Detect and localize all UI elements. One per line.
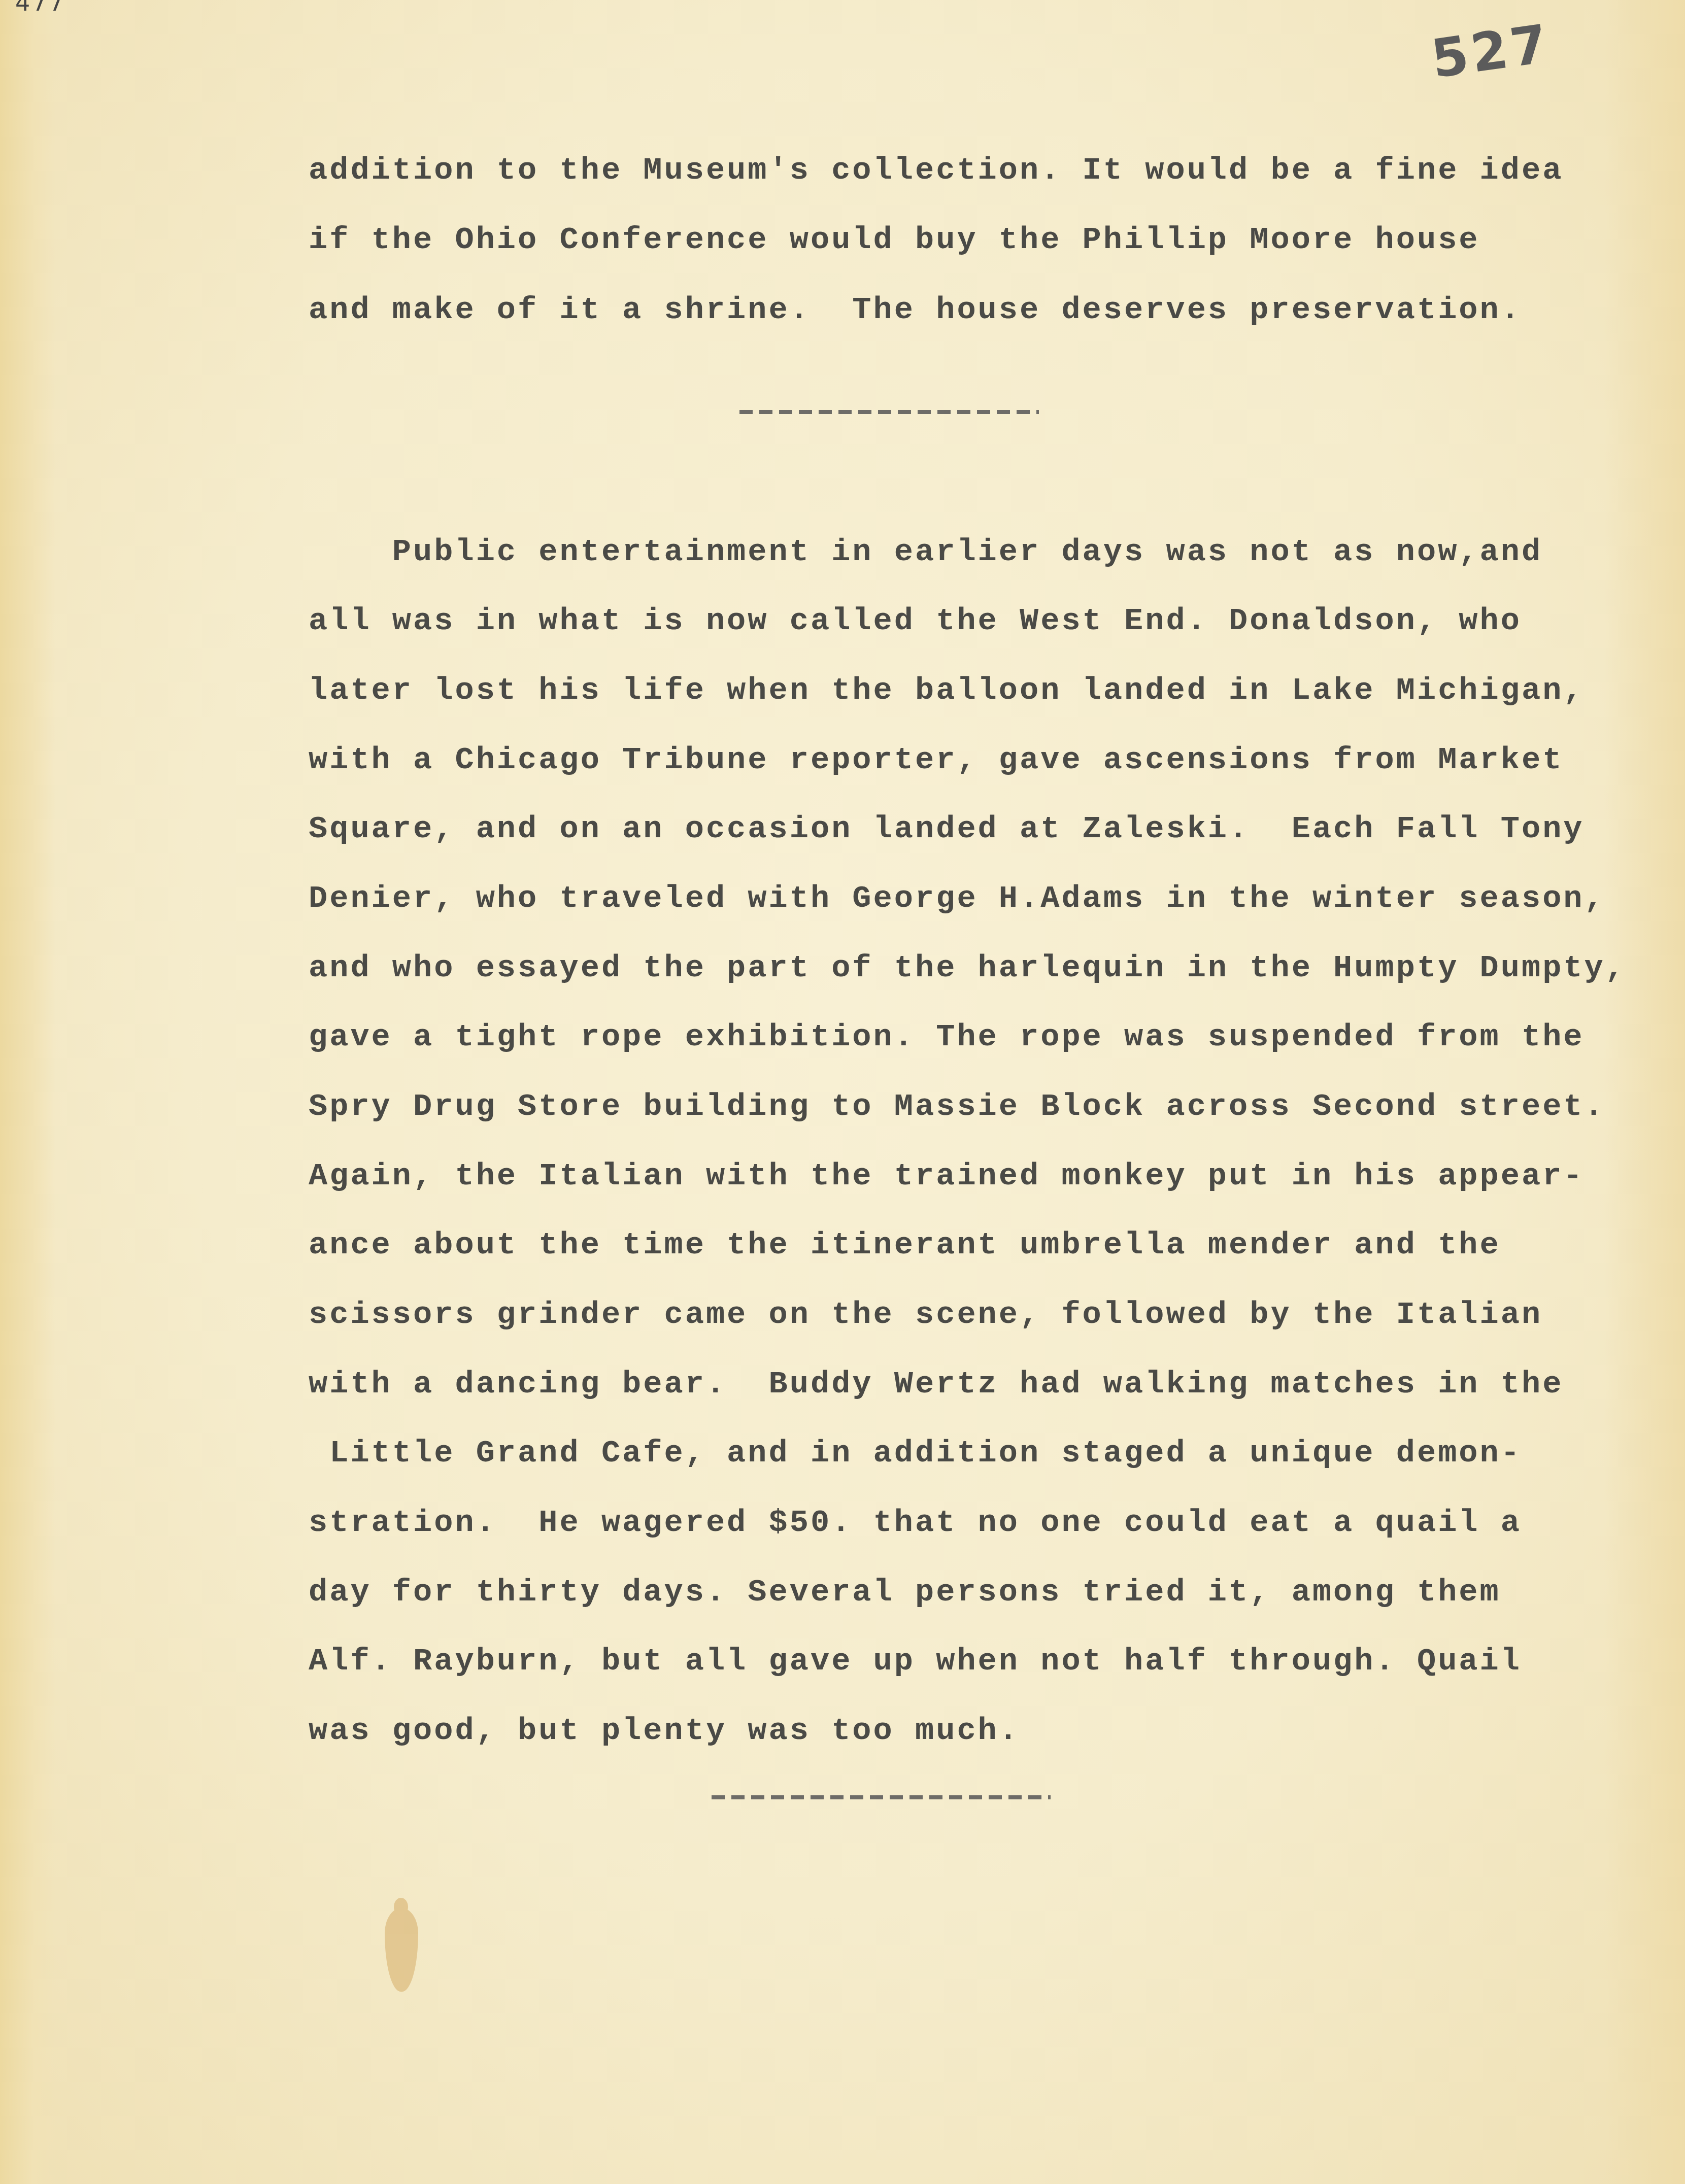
text-line: stration. He wagered $50. that no one co… bbox=[309, 1507, 1522, 1539]
text-line: addition to the Museum's collection. It … bbox=[309, 155, 1563, 186]
text-line: gave a tight rope exhibition. The rope w… bbox=[309, 1021, 1585, 1053]
corner-mark: 477 bbox=[15, 0, 66, 16]
text-line: and who essayed the part of the harlequi… bbox=[309, 952, 1626, 984]
text-line: later lost his life when the balloon lan… bbox=[309, 675, 1585, 706]
paper-left-edge bbox=[0, 0, 56, 2184]
text-line: Public entertainment in earlier days was… bbox=[309, 536, 1542, 568]
text-line: Little Grand Cafe, and in addition stage… bbox=[309, 1438, 1522, 1469]
text-line: with a Chicago Tribune reporter, gave as… bbox=[309, 744, 1563, 776]
paper-right-edge bbox=[1604, 0, 1685, 2184]
text-line: Again, the Italian with the trained monk… bbox=[309, 1161, 1585, 1192]
text-line: Spry Drug Store building to Massie Block… bbox=[309, 1091, 1605, 1122]
text-line: day for thirty days. Several persons tri… bbox=[309, 1577, 1501, 1608]
text-line: Square, and on an occasion landed at Zal… bbox=[309, 813, 1585, 845]
text-line: ance about the time the itinerant umbrel… bbox=[309, 1230, 1501, 1261]
text-line: Alf. Rayburn, but all gave up when not h… bbox=[309, 1646, 1522, 1677]
text-line: Denier, who traveled with George H.Adams… bbox=[309, 883, 1605, 914]
text-line: with a dancing bear. Buddy Wertz had wal… bbox=[309, 1369, 1563, 1400]
text-line: was good, but plenty was too much. bbox=[309, 1715, 1020, 1747]
text-line: if the Ohio Conference would buy the Phi… bbox=[309, 224, 1480, 256]
text-line: all was in what is now called the West E… bbox=[309, 605, 1522, 637]
section-divider bbox=[712, 1795, 1051, 1799]
text-line: scissors grinder came on the scene, foll… bbox=[309, 1299, 1542, 1330]
text-line: and make of it a shrine. The house deser… bbox=[309, 294, 1522, 326]
section-divider bbox=[739, 410, 1039, 414]
